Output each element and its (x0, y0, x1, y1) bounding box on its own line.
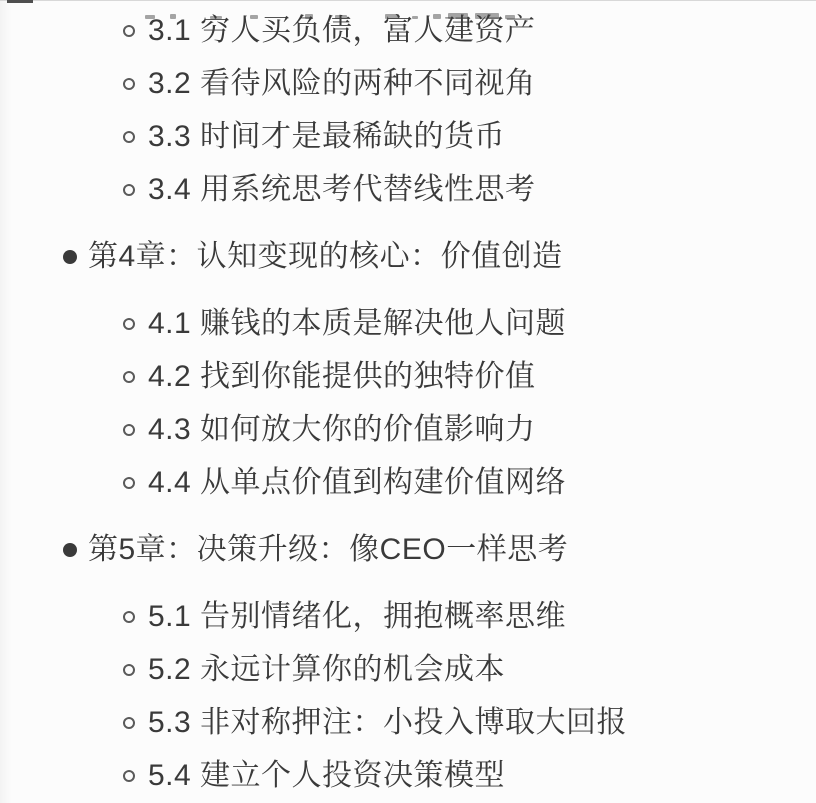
hollow-bullet-icon (123, 477, 135, 489)
toc-subitem-4-4: 4.4 从单点价值到构建价值网络 (0, 456, 816, 509)
toc-subitem-label: 5.3 非对称押注：小投入博取大回报 (148, 696, 627, 749)
toc-subitem-3-3: 3.3 时间才是最稀缺的货币 (0, 110, 816, 163)
toc-subitem-5-4: 5.4 建立个人投资决策模型 (0, 749, 816, 802)
hollow-bullet-icon (123, 25, 135, 37)
toc-chapter-title: 第5章：决策升级：像CEO一样思考 (88, 523, 568, 576)
toc-subitem-label: 4.3 如何放大你的价值影响力 (148, 403, 536, 456)
toc-subitem-3-1: 3.1 穷人买负债，富人建资产 (0, 4, 816, 57)
toc-subitem-4-2: 4.2 找到你能提供的独特价值 (0, 350, 816, 403)
hollow-bullet-icon (123, 664, 135, 676)
toc-subitem-4-1: 4.1 赚钱的本质是解决他人问题 (0, 297, 816, 350)
toc-subitem-label: 5.2 永远计算你的机会成本 (148, 643, 505, 696)
hollow-bullet-icon (123, 184, 135, 196)
toc-subitem-5-3: 5.3 非对称押注：小投入博取大回报 (0, 696, 816, 749)
top-edge-dark-segment (7, 0, 33, 3)
toc-subitem-label: 4.4 从单点价值到构建价值网络 (148, 456, 566, 509)
toc-subitem-label: 3.2 看待风险的两种不同视角 (148, 57, 536, 110)
hollow-bullet-icon (123, 717, 135, 729)
hollow-bullet-icon (123, 424, 135, 436)
toc-chapter-5: 第5章：决策升级：像CEO一样思考 (0, 523, 816, 576)
hollow-bullet-icon (123, 78, 135, 90)
hollow-bullet-icon (123, 318, 135, 330)
toc-subitem-label: 5.1 告别情绪化，拥抱概率思维 (148, 590, 566, 643)
toc-subitem-3-4: 3.4 用系统思考代替线性思考 (0, 163, 816, 216)
toc-subitem-5-1: 5.1 告别情绪化，拥抱概率思维 (0, 590, 816, 643)
toc-subitem-label: 3.1 穷人买负债，富人建资产 (148, 4, 536, 57)
toc-subitem-label: 3.4 用系统思考代替线性思考 (148, 163, 536, 216)
hollow-bullet-icon (123, 611, 135, 623)
toc-subitem-3-2: 3.2 看待风险的两种不同视角 (0, 57, 816, 110)
toc-chapter-4: 第4章：认知变现的核心：价值创造 (0, 230, 816, 283)
toc-subitem-4-3: 4.3 如何放大你的价值影响力 (0, 403, 816, 456)
toc-subitem-label: 3.3 时间才是最稀缺的货币 (148, 110, 505, 163)
toc-chapter-title: 第4章：认知变现的核心：价值创造 (88, 230, 563, 283)
hollow-bullet-icon (123, 131, 135, 143)
filled-bullet-icon (63, 250, 77, 264)
toc-subitem-label: 4.1 赚钱的本质是解决他人问题 (148, 297, 566, 350)
hollow-bullet-icon (123, 371, 135, 383)
toc-subitem-label: 5.4 建立个人投资决策模型 (148, 749, 505, 802)
toc-subitem-label: 4.2 找到你能提供的独特价值 (148, 350, 536, 403)
filled-bullet-icon (63, 543, 77, 557)
toc-subitem-5-2: 5.2 永远计算你的机会成本 (0, 643, 816, 696)
table-of-contents: 3.1 穷人买负债，富人建资产 3.2 看待风险的两种不同视角 3.3 时间才是… (0, 4, 816, 802)
top-edge-hairline (0, 0, 816, 1)
hollow-bullet-icon (123, 770, 135, 782)
